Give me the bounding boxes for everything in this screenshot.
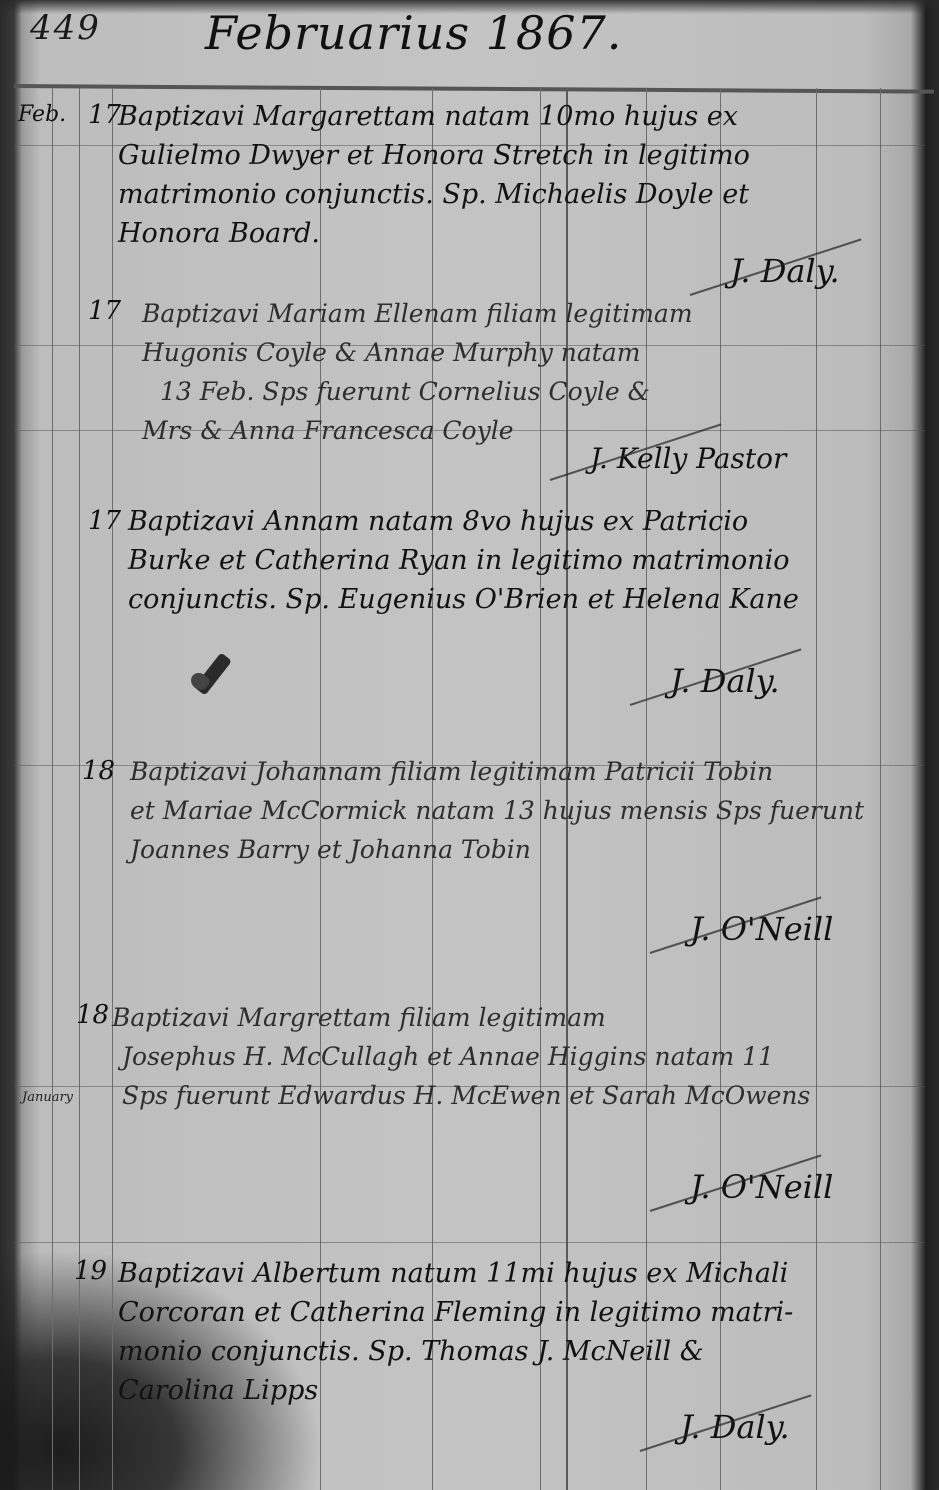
entry-line: Joannes Barry et Johanna Tobin <box>130 830 930 869</box>
entry-day: 19 <box>74 1256 107 1286</box>
entry-line: Baptizavi Margarettam natam 10mo hujus e… <box>118 97 918 136</box>
entry-day: 17 <box>88 506 121 536</box>
header-rule <box>14 84 934 94</box>
baptism-entry: Baptizavi Johannam filiam legitimam Patr… <box>130 752 930 869</box>
entry-line: Burke et Catherina Ryan in legitimo matr… <box>128 541 928 580</box>
entry-line: 13 Feb. Sps fuerunt Cornelius Coyle & <box>142 372 939 411</box>
entry-line: Josephus H. McCullagh et Annae Higgins n… <box>112 1037 912 1076</box>
entry-line: Gulielmo Dwyer et Honora Stretch in legi… <box>118 136 918 175</box>
ruled-line <box>14 1242 925 1243</box>
baptism-entry: Baptizavi Margrettam filiam legitimam Jo… <box>112 998 912 1115</box>
entry-line: Baptizavi Albertum natum 11mi hujus ex M… <box>118 1254 918 1293</box>
entry-line: Corcoran et Catherina Fleming in legitim… <box>118 1293 918 1332</box>
margin-note: January <box>22 1090 73 1105</box>
entry-line: Baptizavi Annam natam 8vo hujus ex Patri… <box>128 502 928 541</box>
priest-signature: J. Daly. <box>670 662 780 700</box>
entry-line: Mrs & Anna Francesca Coyle <box>142 411 939 450</box>
entry-line: Baptizavi Margrettam filiam legitimam <box>112 998 912 1037</box>
priest-signature: J. O'Neill <box>690 910 833 948</box>
entry-line: et Mariae McCormick natam 13 hujus mensi… <box>130 791 930 830</box>
baptism-entry: Baptizavi Margarettam natam 10mo hujus e… <box>118 97 918 253</box>
entry-day: 17 <box>88 100 121 130</box>
column-rule <box>52 88 53 1490</box>
priest-signature: J. Kelly Pastor <box>590 442 786 475</box>
entry-line: monio conjunctis. Sp. Thomas J. McNeill … <box>118 1332 918 1371</box>
entry-month: Feb. <box>18 102 66 127</box>
page-title: Februarius 1867. <box>205 6 622 60</box>
entry-day: 17 <box>88 296 121 326</box>
entry-day: 18 <box>82 756 115 786</box>
priest-signature: J. O'Neill <box>690 1168 833 1206</box>
entry-line: Baptizavi Johannam filiam legitimam Patr… <box>130 752 930 791</box>
baptism-entry: Baptizavi Mariam Ellenam filiam legitima… <box>142 294 939 450</box>
priest-signature: J. Daly. <box>730 252 840 290</box>
entry-line: Honora Board. <box>118 214 918 253</box>
entry-line: Baptizavi Mariam Ellenam filiam legitima… <box>142 294 939 333</box>
ink-blot <box>194 652 232 695</box>
entry-line: Hugonis Coyle & Annae Murphy natam <box>142 333 939 372</box>
page-number: 449 <box>30 8 101 48</box>
priest-signature: J. Daly. <box>680 1408 790 1446</box>
entry-line: Carolina Lipps <box>118 1371 918 1410</box>
baptism-entry: Baptizavi Annam natam 8vo hujus ex Patri… <box>128 502 928 619</box>
register-page: 449 Februarius 1867. Feb. 17 Baptizavi M… <box>0 0 939 1490</box>
entry-line: Sps fuerunt Edwardus H. McEwen et Sarah … <box>112 1076 912 1115</box>
entry-day: 18 <box>76 1000 109 1030</box>
baptism-entry: Baptizavi Albertum natum 11mi hujus ex M… <box>118 1254 918 1410</box>
entry-line: matrimonio conjunctis. Sp. Michaelis Doy… <box>118 175 918 214</box>
entry-line: conjunctis. Sp. Eugenius O'Brien et Hele… <box>128 580 928 619</box>
